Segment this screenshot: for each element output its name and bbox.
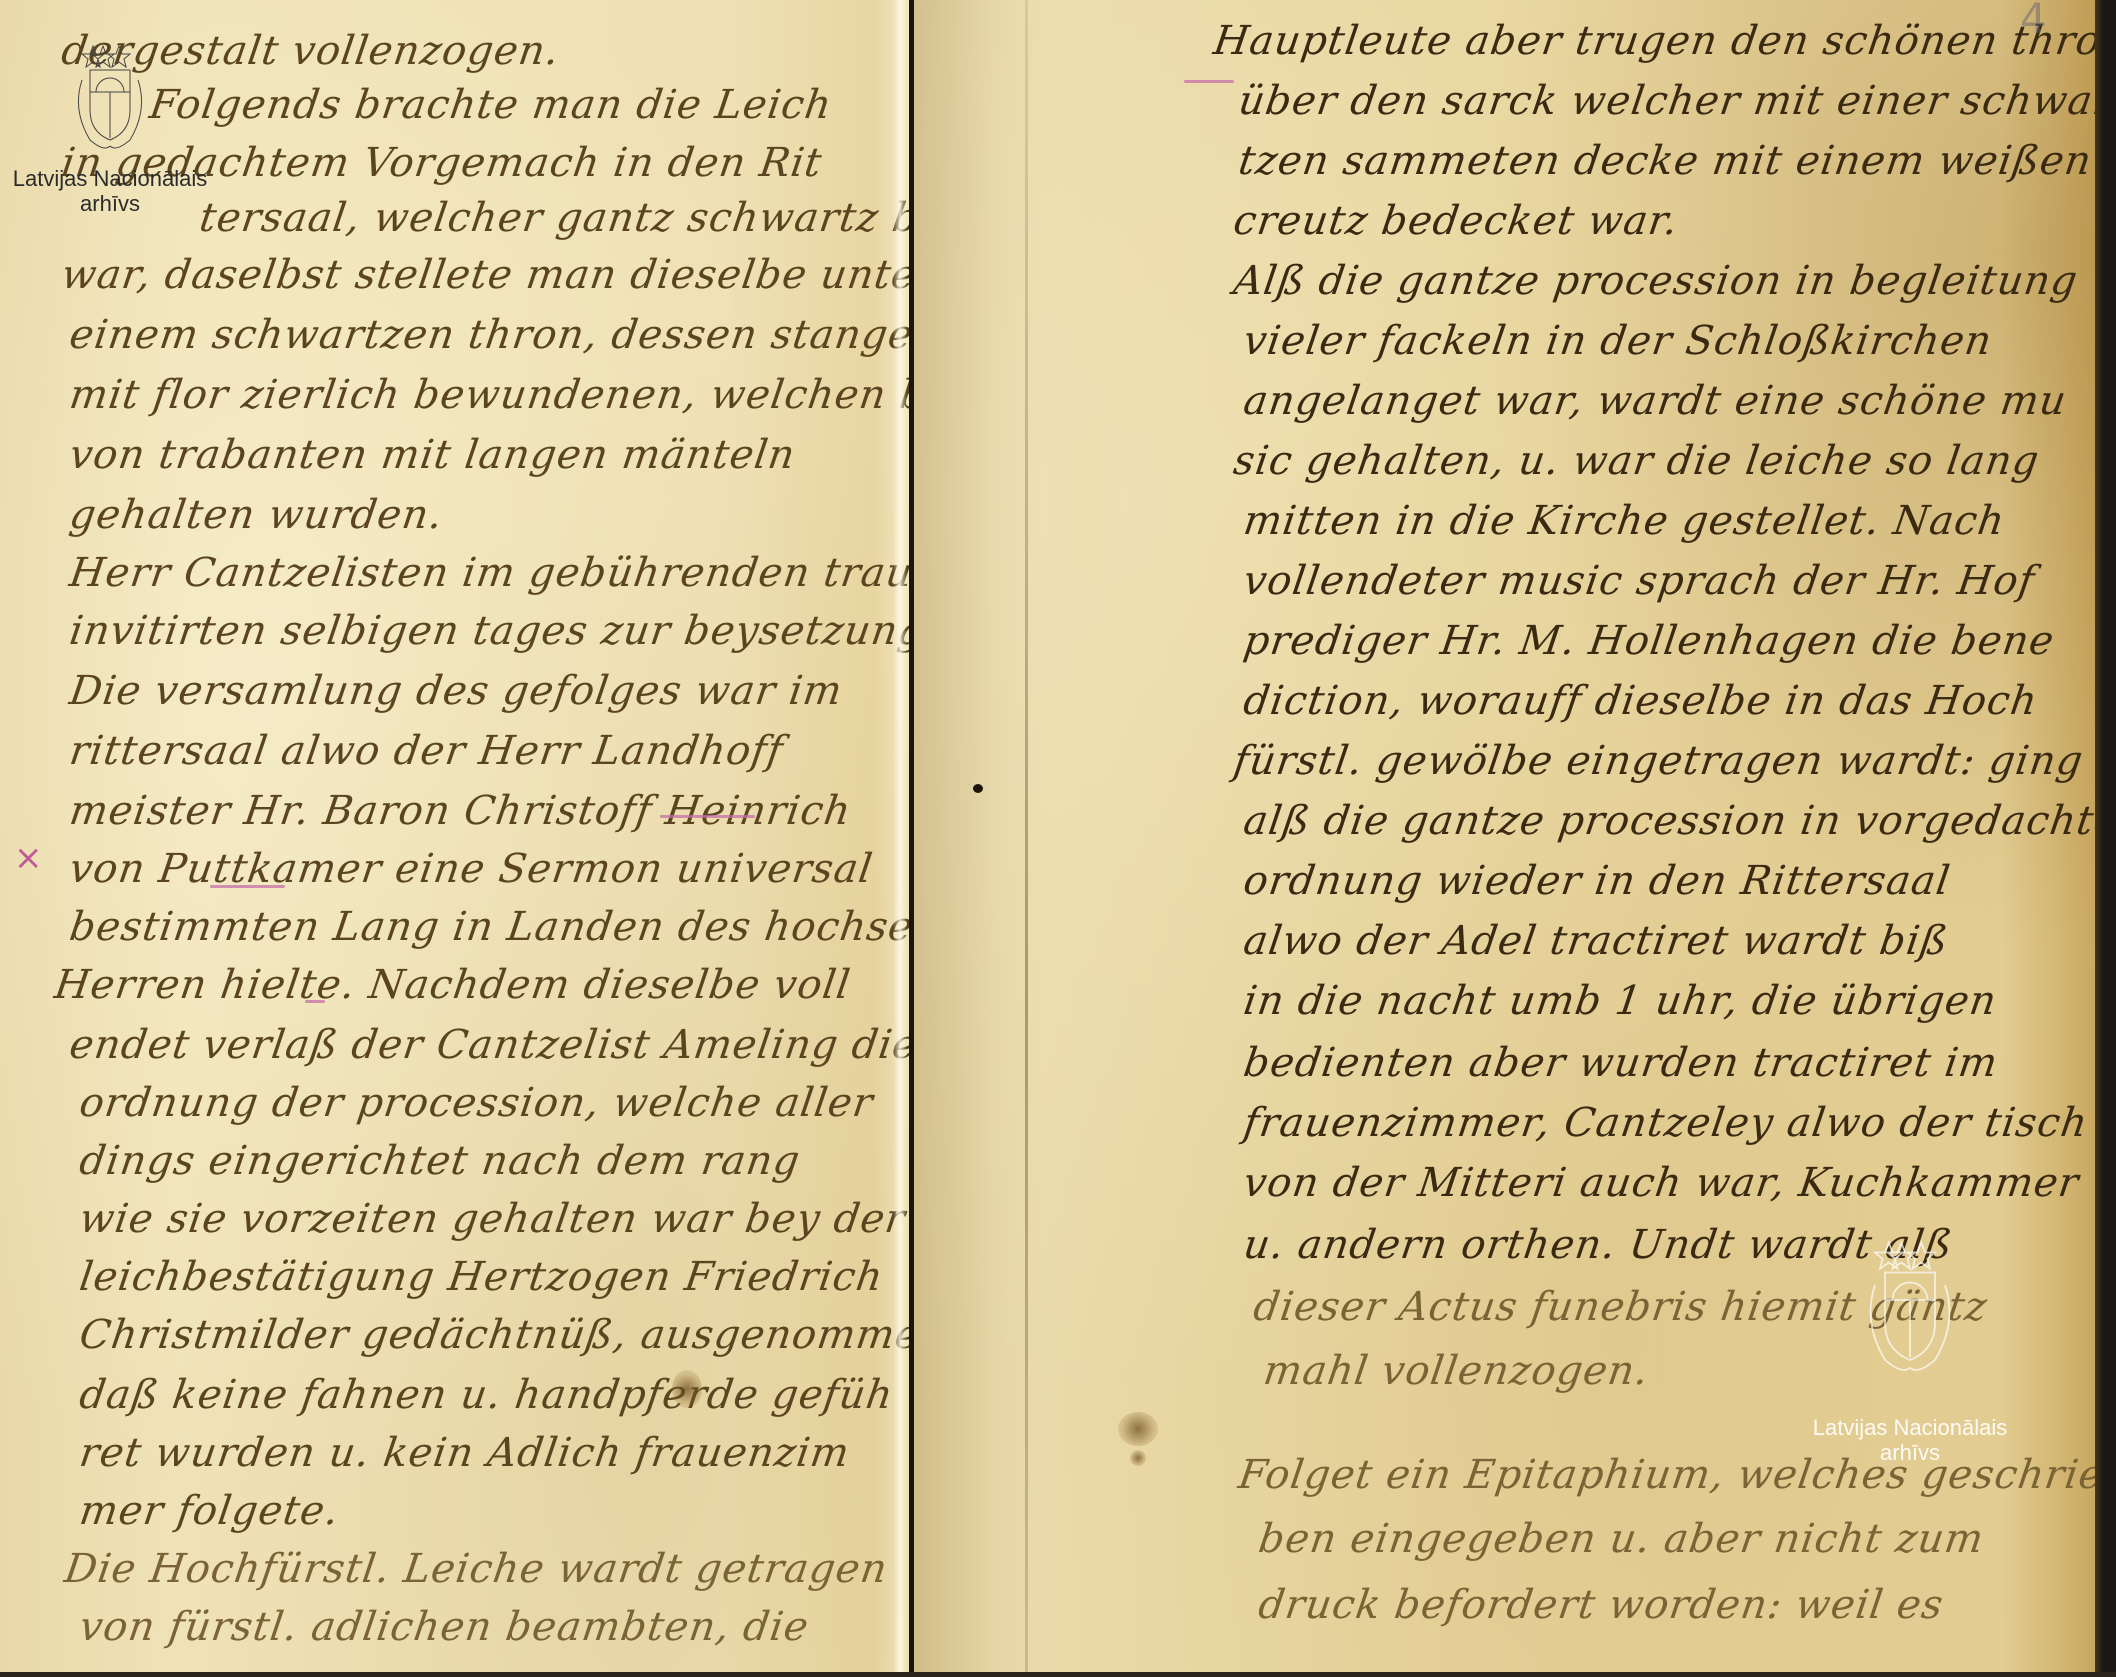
- ink-dot: [973, 784, 983, 793]
- left-line-17: Herren hielte. Nachdem dieselbe voll: [52, 962, 854, 1008]
- left-line-15: von Puttkamer eine Sermon universal: [67, 846, 876, 892]
- left-line-25: ret wurden u. kein Adlich frauenzim: [77, 1430, 853, 1476]
- pink-underline: [660, 815, 755, 818]
- right-line-7: angelanget war, wardt eine schöne mu: [1241, 378, 2070, 424]
- right-line-13: fürstl. gewölbe eingetragen wardt: ging: [1231, 738, 2087, 784]
- left-line-21: wie sie vorzeiten gehalten war bey der: [77, 1196, 909, 1242]
- ink-stain: [1118, 1412, 1158, 1446]
- right-line-2: über den sarck welcher mit einer schwar: [1236, 78, 2095, 124]
- left-line-2: Folgends brachte man die Leich: [147, 82, 835, 128]
- right-line-15: ordnung wieder in den Rittersaal: [1241, 858, 1954, 904]
- right-line-25: ben eingegeben u. aber nicht zum: [1256, 1516, 1987, 1562]
- left-line-4: tersaal, welcher gantz schwartz beschlag…: [197, 195, 910, 241]
- left-page: dergestalt vollenzogen. Folgends brachte…: [0, 0, 910, 1672]
- pink-underline: [210, 885, 285, 888]
- scan-border-bottom: [0, 1672, 2116, 1677]
- right-line-26: druck befordert worden: weil es: [1256, 1582, 1947, 1628]
- left-line-6: einem schwartzen thron, dessen stangen: [67, 312, 910, 358]
- right-line-5: Alß die gantze procession in begleitung: [1231, 258, 2081, 304]
- left-line-11: invitirten selbigen tages zur beysetzung…: [67, 608, 910, 654]
- watermark-line-2: arhīvs: [10, 191, 210, 216]
- spine-highlight: [893, 0, 907, 1672]
- right-line-20: von der Mitteri auch war, Kuchkammer: [1241, 1160, 2082, 1206]
- right-line-18: bedienten aber wurden tractiret im: [1241, 1040, 2001, 1086]
- right-line-11: prediger Hr. M. Hollenhagen die bene: [1241, 618, 2058, 664]
- left-line-26: mer folgete.: [77, 1488, 342, 1534]
- right-line-1: Hauptleute aber trugen den schönen thron: [1211, 18, 2095, 64]
- right-line-6: vieler fackeln in der Schloßkirchen: [1241, 318, 1995, 364]
- left-line-23: Christmilder gedächtnüß, ausgenommen: [77, 1312, 910, 1358]
- left-line-9: gehalten wurden.: [67, 492, 446, 538]
- left-line-13: rittersaal alwo der Herr Landhoff: [67, 728, 787, 774]
- watermark-line-1: Latvijas Nacionālais: [1790, 1415, 2030, 1440]
- left-line-20: dings eingerichtet nach dem rang: [77, 1138, 803, 1184]
- left-line-12: Die versamlung des gefolges war im: [67, 668, 846, 714]
- left-line-7: mit flor zierlich bewundenen, welchen be…: [67, 372, 910, 418]
- left-line-22: leichbestätigung Hertzogen Friedrich: [77, 1254, 887, 1300]
- left-line-16: bestimmten Lang in Landen des hochsel.: [67, 904, 910, 950]
- pink-underline: [305, 1000, 325, 1003]
- right-line-23: mahl vollenzogen.: [1261, 1348, 1652, 1394]
- ink-stain: [672, 1370, 702, 1408]
- left-line-27: Die Hochfürstl. Leiche wardt getragen: [62, 1546, 891, 1592]
- page-spine: [909, 0, 914, 1672]
- margin-x-mark: ×: [14, 838, 43, 878]
- right-line-4: creutz bedecket war.: [1231, 198, 1681, 244]
- left-line-10: Herr Cantzelisten im gebührenden trauer: [67, 550, 910, 596]
- right-line-17: in die nacht umb 1 uhr, die übrigen: [1241, 978, 2000, 1024]
- right-line-8: sic gehalten, u. war die leiche so lang: [1231, 438, 2043, 484]
- left-line-14: meister Hr. Baron Christoff Heinrich: [67, 788, 854, 834]
- left-line-8: von trabanten mit langen mänteln: [67, 432, 799, 478]
- archive-watermark-bottom-right: Latvijas Nacionālais arhīvs: [1790, 1235, 2030, 1466]
- coat-of-arms-icon: [68, 40, 152, 160]
- right-line-3: tzen sammeten decke mit einem weißen: [1236, 138, 2095, 184]
- left-line-19: ordnung der procession, welche aller: [77, 1080, 876, 1126]
- right-line-14: alß die gantze procession in vorgedachte…: [1241, 798, 2095, 844]
- right-line-10: vollendeter music sprach der Hr. Hof: [1241, 558, 2038, 604]
- left-line-24: daß keine fahnen u. handpferde gefüh: [77, 1372, 896, 1418]
- manuscript-spread: dergestalt vollenzogen. Folgends brachte…: [0, 0, 2116, 1672]
- coat-of-arms-icon: [1855, 1235, 1965, 1385]
- right-line-9: mitten in die Kirche gestellet. Nach: [1241, 498, 2008, 544]
- left-line-28: von fürstl. adlichen beambten, die: [77, 1604, 812, 1650]
- watermark-line-1: Latvijas Nacionālais: [10, 166, 210, 191]
- paper-crease: [1025, 0, 1028, 1672]
- left-line-5: war, daselbst stellete man dieselbe unte…: [59, 252, 910, 298]
- ink-stain: [1130, 1450, 1146, 1466]
- right-line-16: alwo der Adel tractiret wardt biß: [1241, 918, 1952, 964]
- pink-underline: [1184, 80, 1234, 83]
- watermark-line-2: arhīvs: [1790, 1440, 2030, 1465]
- scan-border-right: [2095, 0, 2116, 1677]
- pencil-page-number: 4: [2020, 0, 2047, 43]
- left-line-18: endet verlaß der Cantzelist Ameling die: [67, 1022, 910, 1068]
- archive-watermark-top-left: Latvijas Nacionālais arhīvs: [10, 40, 210, 217]
- right-line-12: diction, worauff dieselbe in das Hoch: [1241, 678, 2041, 724]
- right-line-19: frauenzimmer, Cantzeley alwo der tisch: [1241, 1100, 2091, 1146]
